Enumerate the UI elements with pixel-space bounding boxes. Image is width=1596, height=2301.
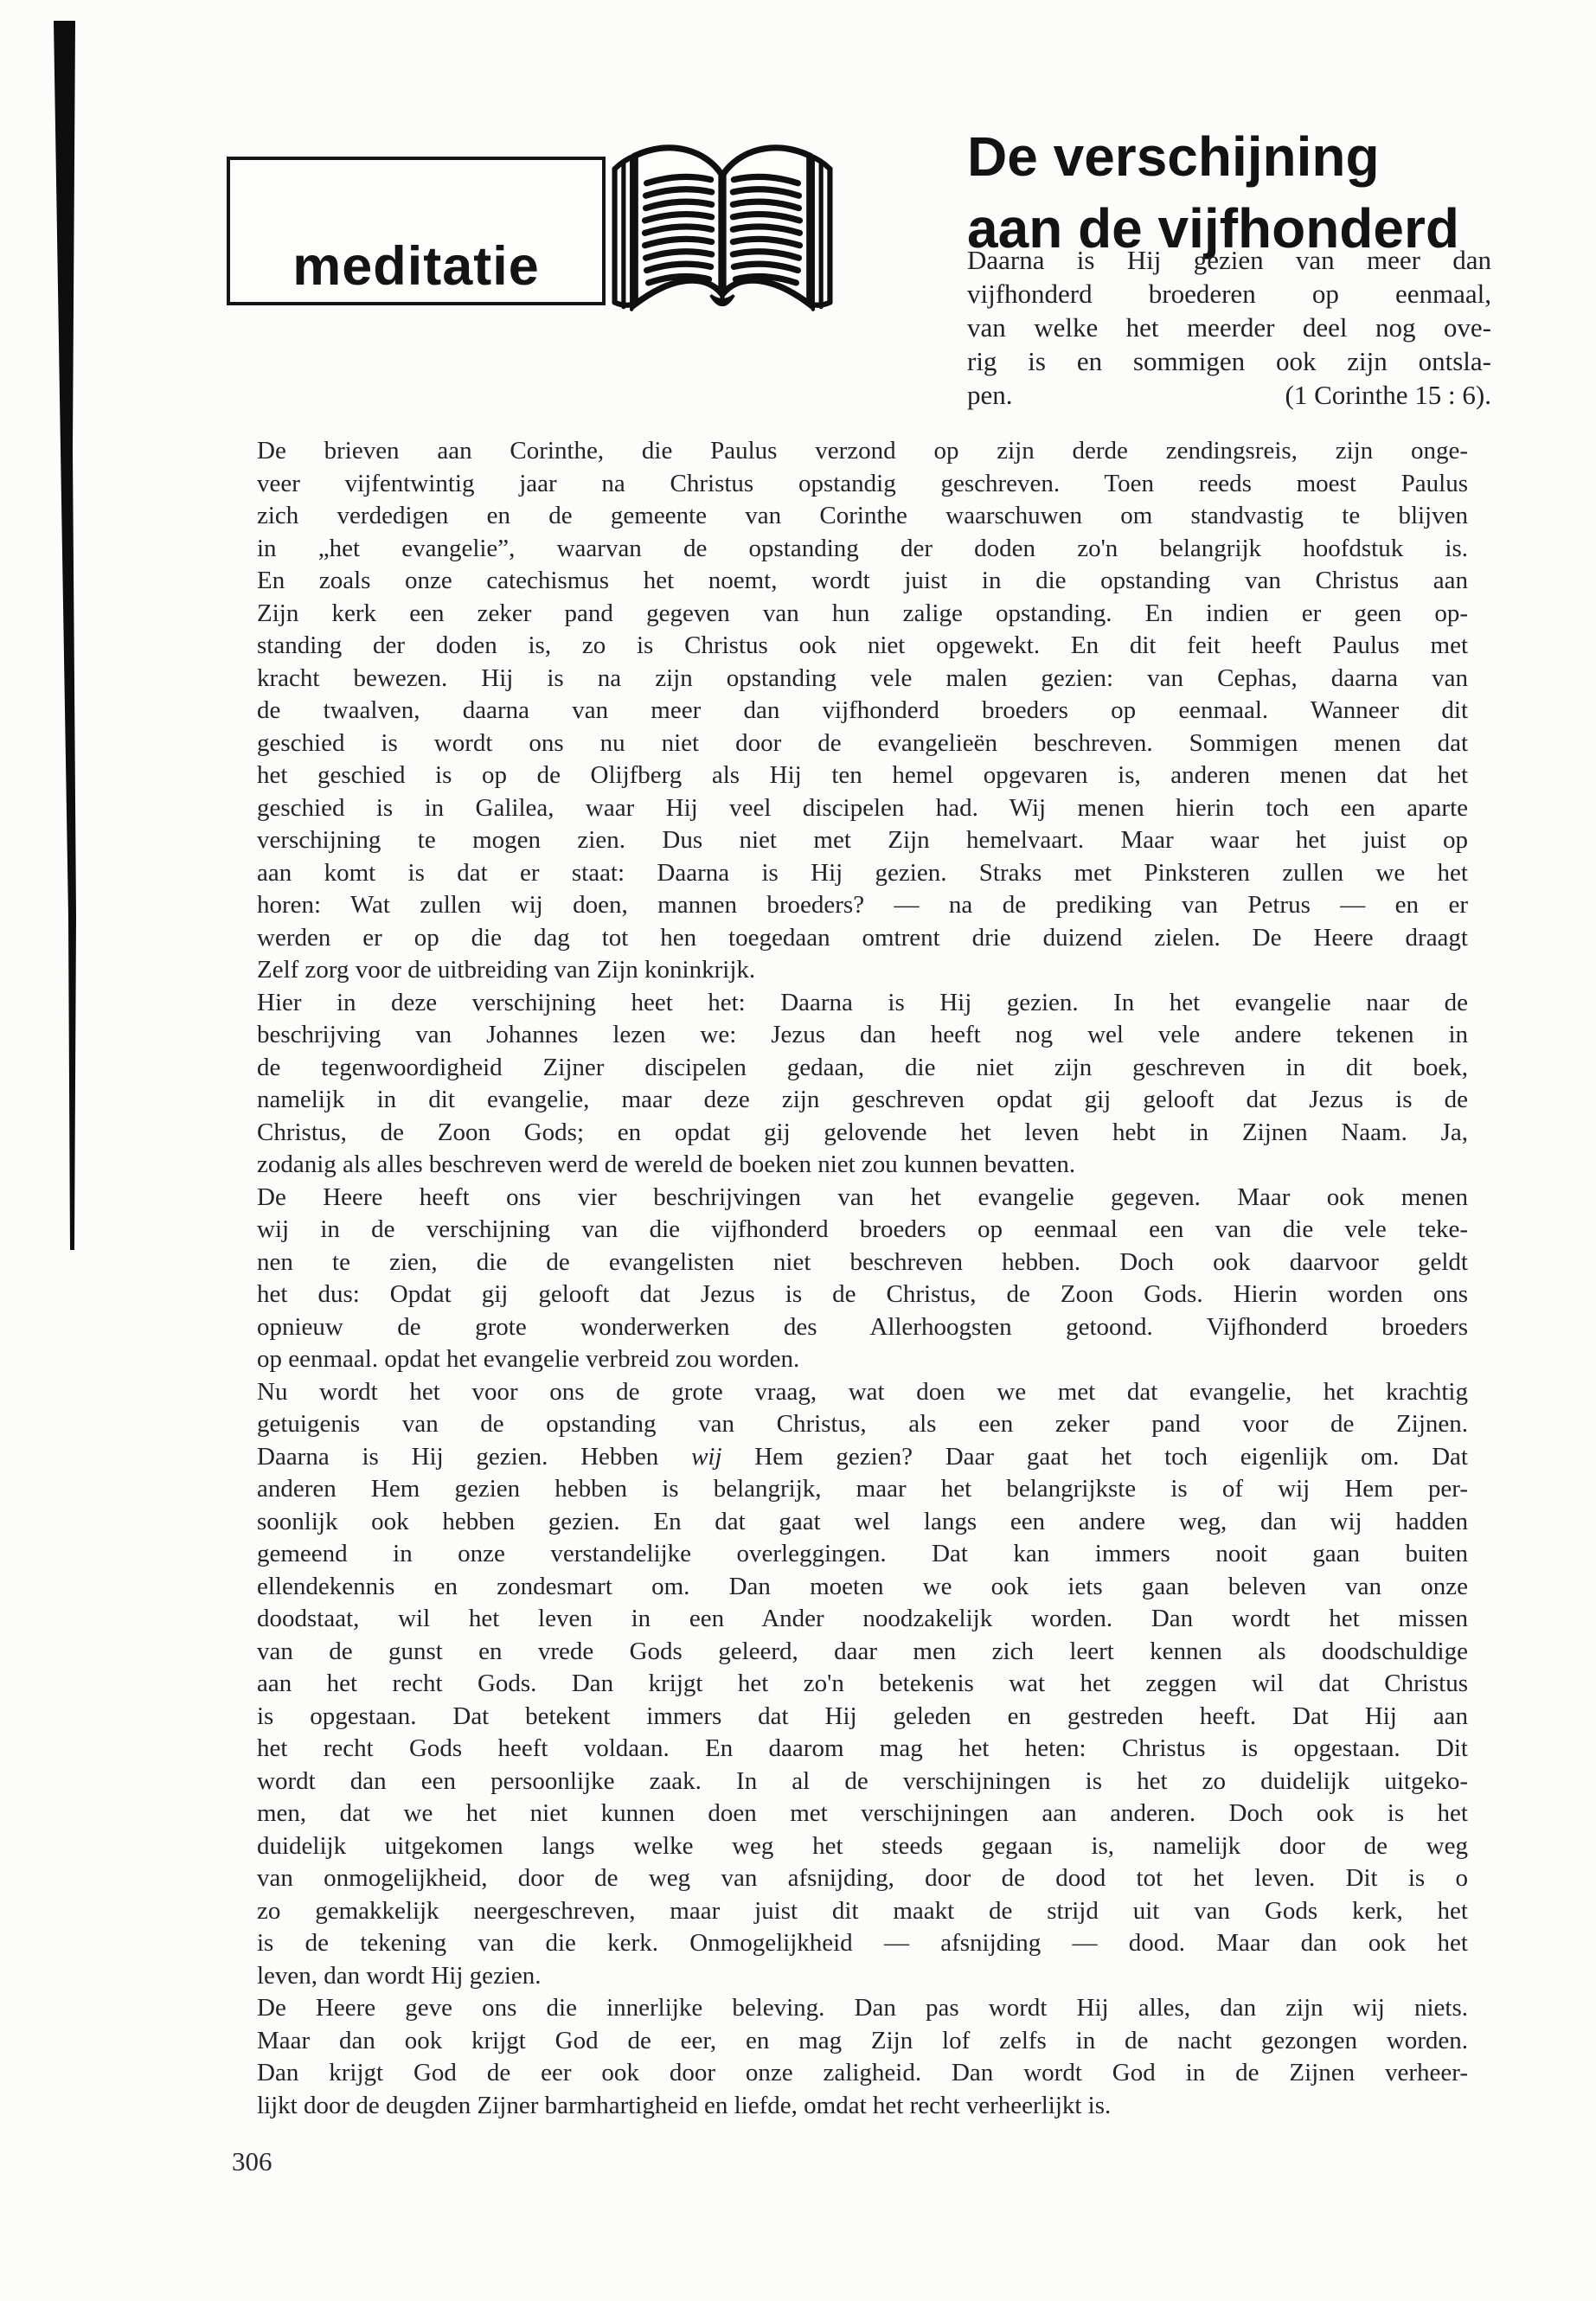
body-line: wij in de verschijning van die vijfhonde…	[257, 1214, 1468, 1247]
quote-line: Daarna is Hij gezien van meer dan	[967, 243, 1491, 277]
body-line: standing der doden is, zo is Christus oo…	[257, 630, 1468, 663]
body-line: De Heere heeft ons vier beschrijvingen v…	[257, 1182, 1468, 1215]
section-label: meditatie	[292, 241, 540, 292]
quote-line: van welke het meerder deel nog ove-	[967, 311, 1491, 344]
body-line: horen: Wat zullen wij doen, mannen broed…	[257, 889, 1468, 922]
body-line: De brieven aan Corinthe, die Paulus verz…	[257, 435, 1468, 468]
body-line: anderen Hem gezien hebben is belangrijk,…	[257, 1473, 1468, 1506]
body-line: Nu wordt het voor ons de grote vraag, wa…	[257, 1376, 1468, 1409]
body-line: zo gemakkelijk neergeschreven, maar juis…	[257, 1895, 1468, 1928]
body-line: Christus, de Zoon Gods; en opdat gij gel…	[257, 1117, 1468, 1150]
body-line: Zelf zorg voor de uitbreiding van Zijn k…	[257, 954, 1468, 987]
body-line: namelijk in dit evangelie, maar deze zij…	[257, 1084, 1468, 1117]
body-line: de tegenwoordigheid Zijner discipelen ge…	[257, 1052, 1468, 1085]
body-line: men, dat we het niet kunnen doen met ver…	[257, 1798, 1468, 1830]
body-line: veer vijfentwintig jaar na Christus opst…	[257, 468, 1468, 501]
body-line: verschijning te mogen zien. Dus niet met…	[257, 824, 1468, 857]
body-line: aan komt is dat er staat: Daarna is Hij …	[257, 857, 1468, 890]
open-book-icon	[606, 128, 839, 317]
body-line: En zoals onze catechismus het noemt, wor…	[257, 565, 1468, 598]
body-line: kracht bewezen. Hij is na zijn opstandin…	[257, 663, 1468, 695]
body-line: op eenmaal. opdat het evangelie verbreid…	[257, 1343, 1468, 1376]
body-line: beschrijving van Johannes lezen we: Jezu…	[257, 1019, 1468, 1052]
quote-line: vijfhonderd broederen op eenmaal,	[967, 277, 1491, 311]
quote-last-line: pen. (1 Corinthe 15 : 6).	[967, 378, 1491, 412]
body-line: het dus: Opdat gij gelooft dat Jezus is …	[257, 1279, 1468, 1311]
quote-source: (1 Corinthe 15 : 6).	[1285, 378, 1492, 412]
body-line: is de tekening van die kerk. Onmogelijkh…	[257, 1927, 1468, 1960]
body-line: De Heere geve ons die innerlijke belevin…	[257, 1992, 1468, 2025]
body-line: Daarna is Hij gezien. Hebben wij Hem gez…	[257, 1441, 1468, 1474]
body-line: Dan krijgt God de eer ook door onze zali…	[257, 2057, 1468, 2090]
body-line: getuigenis van de opstanding van Christu…	[257, 1408, 1468, 1441]
body-line: geschied is wordt ons nu niet door de ev…	[257, 727, 1468, 760]
article-body: De brieven aan Corinthe, die Paulus verz…	[257, 435, 1468, 2122]
body-line: zich verdedigen en de gemeente van Corin…	[257, 500, 1468, 533]
body-line: de twaalven, daarna van meer dan vijfhon…	[257, 695, 1468, 727]
body-line: soonlijk ook hebben gezien. En dat gaat …	[257, 1506, 1468, 1539]
scan-artifact-bar	[0, 0, 104, 1272]
body-line: lijkt door de deugden Zijner barmhartigh…	[257, 2090, 1468, 2123]
body-line: wordt dan een persoonlijke zaak. In al d…	[257, 1766, 1468, 1798]
page-number: 306	[232, 2146, 272, 2177]
body-line: leven, dan wordt Hij gezien.	[257, 1960, 1468, 1993]
body-line: geschied is in Galilea, waar Hij veel di…	[257, 792, 1468, 825]
body-line: ellendekennis en zondesmart om. Dan moet…	[257, 1571, 1468, 1604]
body-line: zodanig als alles beschreven werd de wer…	[257, 1149, 1468, 1182]
body-line: opnieuw de grote wonderwerken des Allerh…	[257, 1311, 1468, 1344]
quote-line: rig is en sommigen ook zijn ontsla-	[967, 344, 1491, 378]
body-line: het recht Gods heeft voldaan. En daarom …	[257, 1733, 1468, 1766]
body-line: nen te zien, die de evangelisten niet be…	[257, 1247, 1468, 1279]
body-line: werden er op die dag tot hen toegedaan o…	[257, 922, 1468, 955]
body-line: gemeend in onze verstandelijke overleggi…	[257, 1538, 1468, 1571]
body-line: het geschied is op de Olijfberg als Hij …	[257, 760, 1468, 792]
body-line: Zijn kerk een zeker pand gegeven van hun…	[257, 598, 1468, 631]
body-line: aan het recht Gods. Dan krijgt het zo'n …	[257, 1668, 1468, 1701]
meditatie-box: meditatie	[227, 157, 606, 305]
scanned-document-page: meditatie	[0, 0, 1596, 2301]
body-line: duidelijk uitgekomen langs welke weg het…	[257, 1830, 1468, 1863]
title-line-1: De verschijning	[967, 121, 1538, 193]
scripture-quote-lines: Daarna is Hij gezien van meer danvijfhon…	[967, 243, 1491, 378]
body-line: Maar dan ook krijgt God de eer, en mag Z…	[257, 2025, 1468, 2058]
body-line: van onmogelijkheid, door de weg van afsn…	[257, 1862, 1468, 1895]
quote-last-word: pen.	[967, 378, 1013, 412]
body-line: Hier in deze verschijning heet het: Daar…	[257, 987, 1468, 1020]
body-line: is opgestaan. Dat betekent immers dat Hi…	[257, 1701, 1468, 1734]
scripture-quote: Daarna is Hij gezien van meer danvijfhon…	[967, 243, 1491, 412]
body-line: van de gunst en vrede Gods geleerd, daar…	[257, 1636, 1468, 1669]
body-line: in „het evangelie”, waarvan de opstandin…	[257, 533, 1468, 566]
body-line: doodstaat, wil het leven in een Ander no…	[257, 1603, 1468, 1636]
